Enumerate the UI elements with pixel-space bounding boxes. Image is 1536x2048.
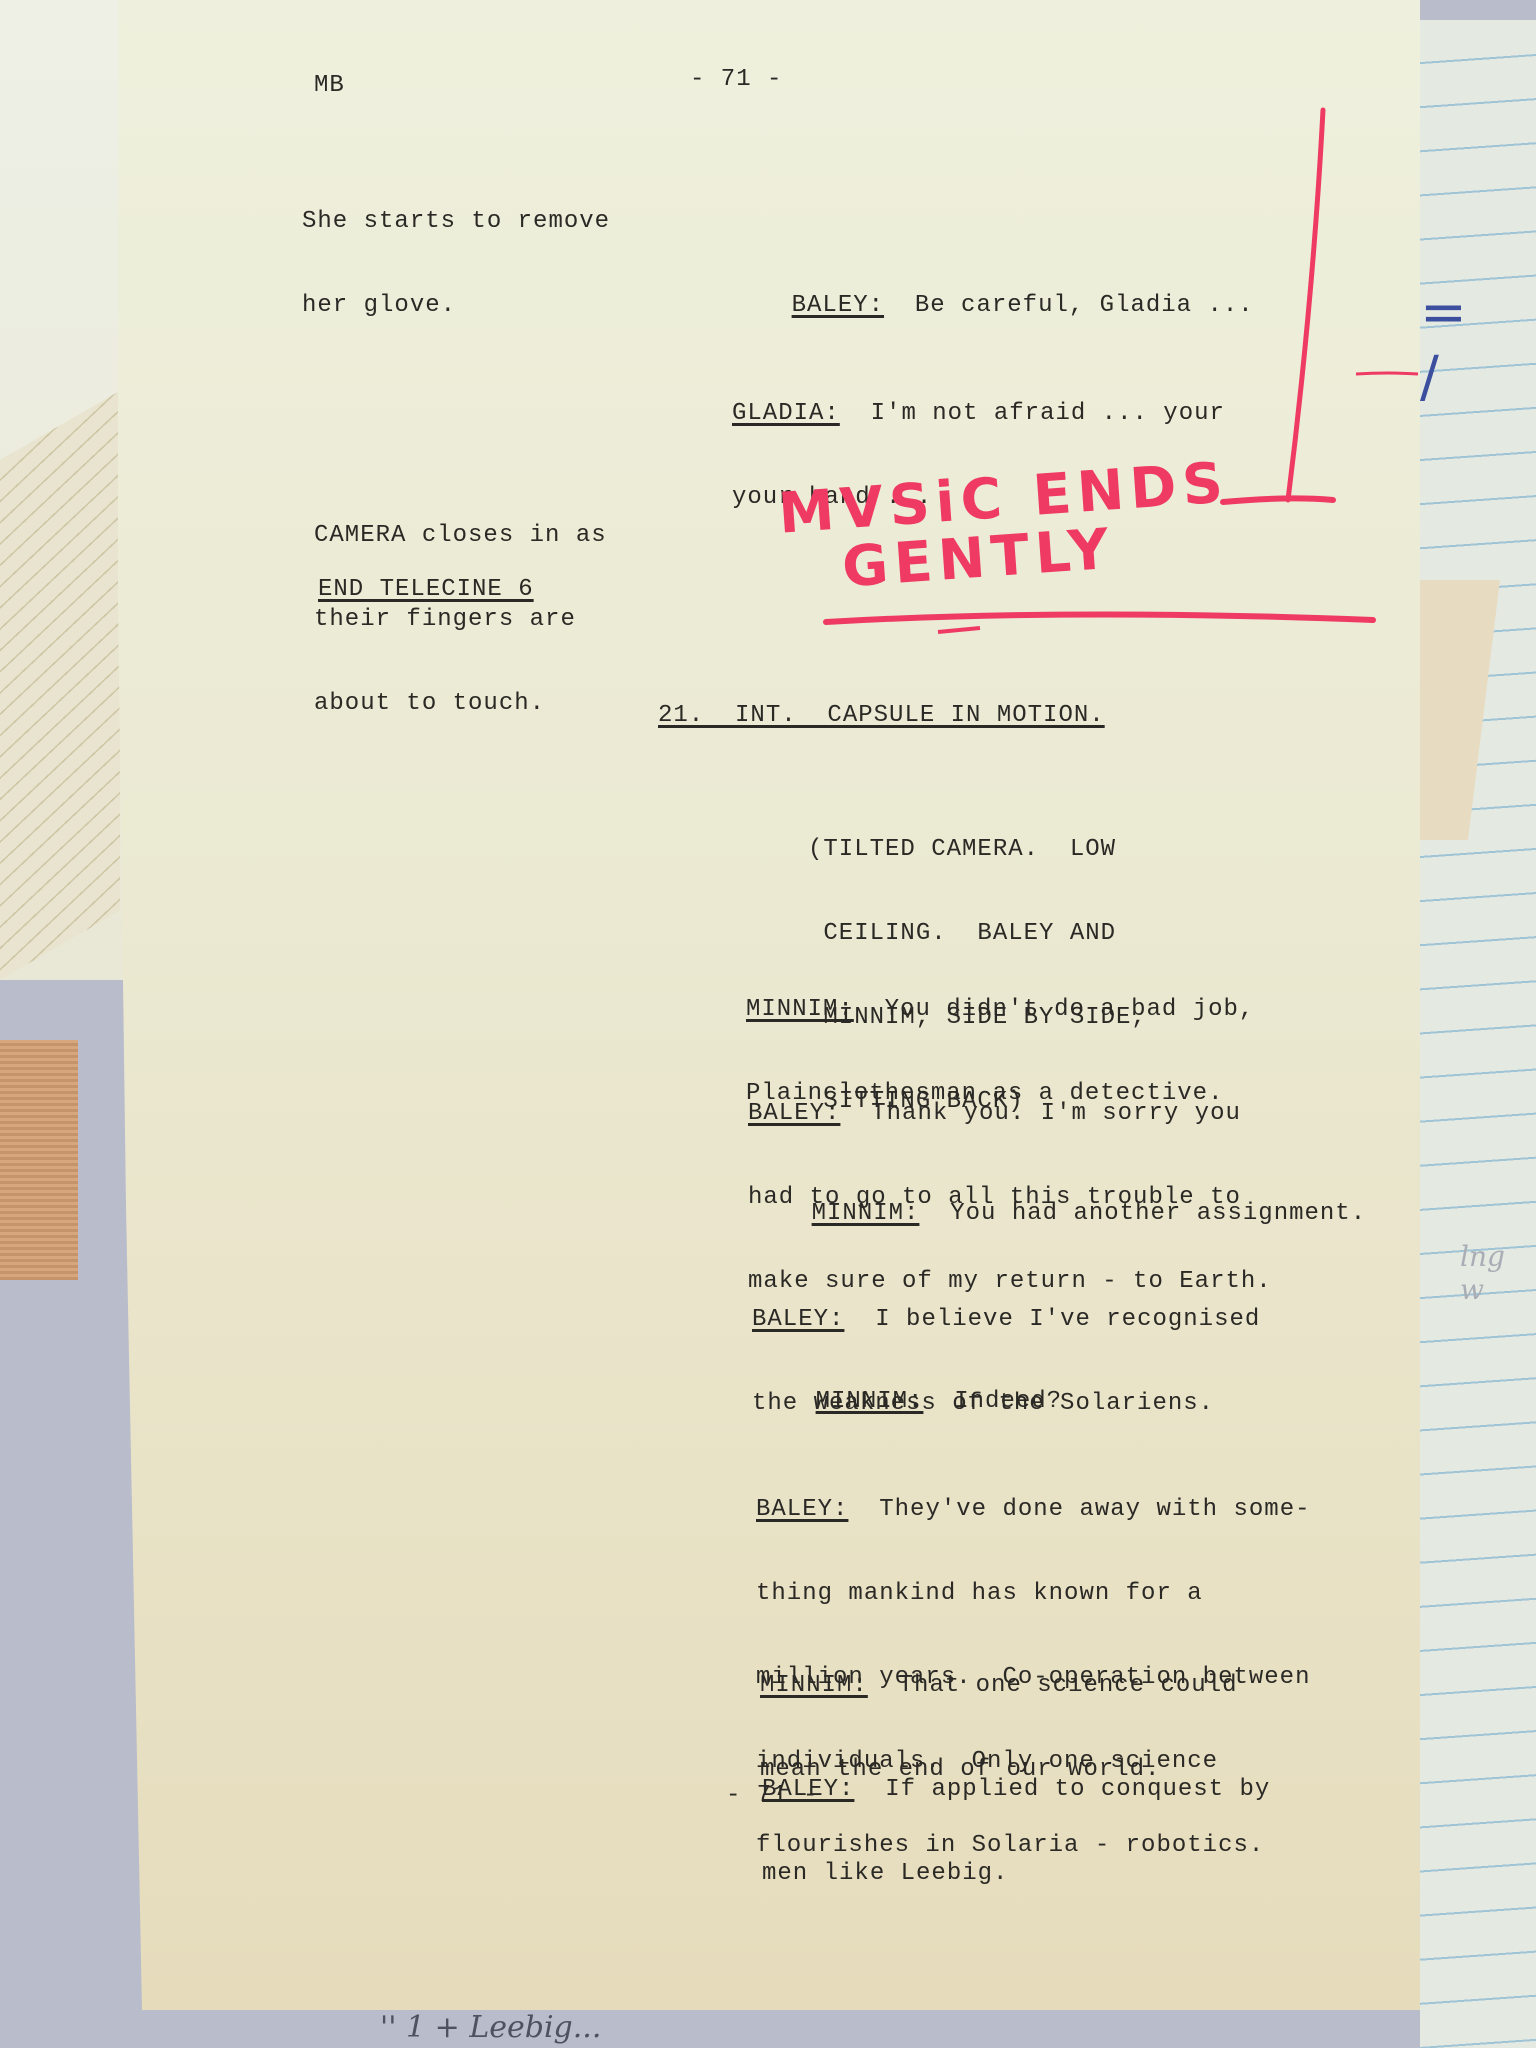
background-paper-stack: [0, 391, 120, 980]
red-pen-marks: [118, 0, 1420, 2010]
notebook-blue-mark: = /: [1420, 280, 1536, 410]
script-page: MB - 71 - She starts to remove her glove…: [118, 0, 1420, 2010]
notebook-scribble: lng w: [1460, 1240, 1536, 1306]
background-wooden-desk: [0, 1040, 78, 1280]
bottom-page-scribble: '' 1 + Leebig...: [380, 2010, 601, 2045]
